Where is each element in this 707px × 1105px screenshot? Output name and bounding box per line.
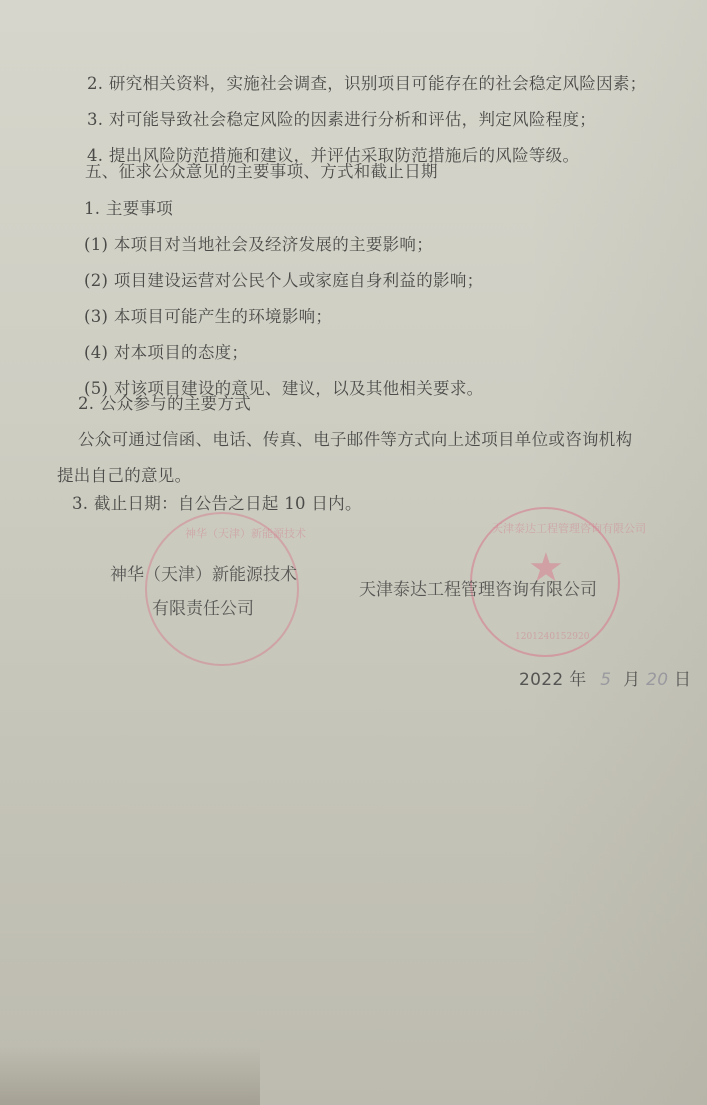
signer-right: 天津泰达工程管理咨询有限公司 xyxy=(359,575,597,600)
paragraph-line: 公众可通过信函、电话、传真、电子邮件等方式向上述项目单位或咨询机构 xyxy=(78,430,632,450)
seal-text: 神华（天津）新能源技术 xyxy=(185,525,306,541)
date-month-unit: 月 xyxy=(623,670,640,690)
subheading-main-items: 1. 主要事项 xyxy=(84,199,173,219)
seal-text: 天津泰达工程管理咨询有限公司 xyxy=(492,520,646,536)
date-day: 20 xyxy=(646,670,668,690)
list-item: (2) 项目建设运营对公民个人或家庭自身利益的影响； xyxy=(84,271,483,291)
signer-left-line2: 有限责任公司 xyxy=(152,594,254,619)
date-year: 2022 xyxy=(519,670,563,690)
paper-shadow-bottom xyxy=(0,1045,260,1105)
date-year-unit: 年 xyxy=(569,670,586,690)
date-month: 5 xyxy=(600,670,611,690)
subheading-participation: 2. 公众参与的主要方式 xyxy=(78,394,251,414)
list-item: (1) 本项目对当地社会及经济发展的主要影响； xyxy=(84,235,433,255)
text-line: 2. 研究相关资料，实施社会调查，识别项目可能存在的社会稳定风险因素； xyxy=(87,74,647,94)
date-day-unit: 日 xyxy=(674,670,691,690)
text-line: 3. 对可能导致社会稳定风险的因素进行分析和评估，判定风险程度； xyxy=(87,110,596,130)
list-item: (4) 对本项目的态度； xyxy=(84,343,248,363)
document-date: 2022 年 5 月 20 日 xyxy=(519,670,691,690)
list-item: (3) 本项目可能产生的环境影响； xyxy=(84,307,332,327)
seal-code: 1201240152920 xyxy=(515,632,589,642)
paragraph-line: 提出自己的意见。 xyxy=(57,466,191,486)
signer-left-line1: 神华（天津）新能源技术 xyxy=(110,560,297,585)
deadline-line: 3. 截止日期：自公告之日起 10 日内。 xyxy=(72,494,362,514)
section-heading: 五、征求公众意见的主要事项、方式和截止日期 xyxy=(85,162,438,182)
